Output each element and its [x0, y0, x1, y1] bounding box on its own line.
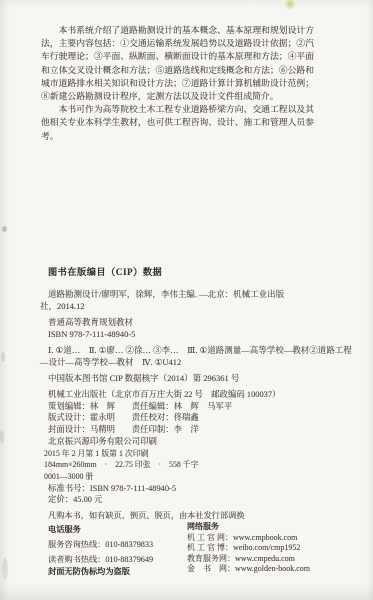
colophon-block: 机械工业出版社（北京市百万庄大街 22 号 邮政编码 100037） 策划编辑：… [48, 389, 280, 506]
cover-design: 封面设计：马精明 责任印制：李 洋 [48, 424, 280, 436]
scan-smudge [2, 226, 7, 232]
scan-smudge [1, 352, 5, 362]
summary-paragraph-1: 本书系统介绍了道路勘测设计的基本概念、基本原理和规划设计方法，主要内容包括：①交… [41, 24, 314, 103]
cip-entry-line-1: 道路勘测设计/廖明军，徐辉，李伟主编. —北京：机械工业出版 [48, 288, 352, 300]
format-info: 184mm×260mm · 22.75 印张 · 558 千字 [44, 459, 280, 471]
layout-design: 版式设计：霍永明 责任校对：佟瑞鑫 [48, 412, 280, 424]
pen-mark [282, 0, 297, 12]
golden-book-site: 金 书 网：www.golden-book.com [187, 564, 347, 575]
publisher-address: 机械工业出版社（北京市百万庄大街 22 号 邮政编码 100037） [48, 389, 280, 401]
phone-service-header: 电话服务 [48, 522, 187, 537]
cip-series-title: 普通高等教育规划教材 [48, 316, 352, 328]
network-service-column: 网络服务 机 工 官 网：www.cmpbook.com 机 工 官 博：wei… [187, 522, 347, 579]
scan-smudge [2, 558, 8, 580]
service-hotline: 服务咨询热线：010-88379833 [48, 537, 187, 552]
printing-company: 北京振兴源印务有限公司印刷 [48, 436, 280, 448]
phone-service-column: 电话服务 服务咨询热线：010-88379833 读者购书热线：010-8837… [48, 522, 187, 579]
anti-counterfeit-warning: 封面无防伪标均为盗版 [48, 564, 187, 579]
service-columns: 电话服务 服务咨询热线：010-88379833 读者购书热线：010-8837… [48, 522, 348, 579]
education-service-site: 教育服务网：www.cmpedu.com [187, 554, 347, 565]
cip-block: 图书在版编目（CIP）数据 道路勘测设计/廖明军，徐辉，李伟主编. —北京：机械… [40, 266, 352, 384]
cip-record-number: 中国版本图书馆 CIP 数据核字（2014）第 296361 号 [48, 372, 352, 384]
scan-smudge [0, 430, 4, 444]
service-block: 凡购本书，如有缺页、倒页、脱页，由本社发行部调换 电话服务 服务咨询热线：010… [48, 510, 348, 579]
cip-classification-line-2: —设计—高等学校—教材 Ⅳ. ①U412 [40, 356, 352, 368]
print-run: 0001—3000 册 [44, 471, 280, 483]
official-weibo: 机 工 官 博：weibo.com/cmp1952 [187, 543, 347, 554]
network-service-header: 网络服务 [187, 522, 347, 533]
summary-paragraph-2: 本书可作为高等院校土木工程专业道路桥梁方向、交通工程以及其他相关专业本科学生教材… [41, 103, 314, 143]
cip-isbn: ISBN 978-7-111-48940-5 [48, 328, 352, 340]
cip-heading: 图书在版编目（CIP）数据 [48, 266, 352, 278]
exchange-notice: 凡购本书，如有缺页、倒页、脱页，由本社发行部调换 [48, 510, 348, 521]
cip-entry-line-2: 社，2014.12 [40, 300, 352, 312]
book-copyright-page: 本书系统介绍了道路勘测设计的基本概念、基本原理和规划设计方法，主要内容包括：①交… [0, 0, 373, 600]
book-summary: 本书系统介绍了道路勘测设计的基本概念、基本原理和规划设计方法，主要内容包括：①交… [41, 24, 314, 143]
standard-book-number: 标准书号：ISBN 978-7-111-48940-5 [48, 483, 280, 495]
edition-info: 2015 年 2 月第 1 版第 1 次印刷 [44, 448, 280, 460]
price: 定价：45.00 元 [48, 494, 280, 506]
cip-classification-line-1: Ⅰ. ①道… Ⅱ. ①廖… ②徐… ③李… Ⅲ. ①道路测量—高等学校—教材②道… [48, 344, 352, 356]
planning-editor: 策划编辑：林 辉 责任编辑：林 辉 马军平 [48, 401, 280, 413]
official-website: 机 工 官 网：www.cmpbook.com [187, 533, 347, 544]
